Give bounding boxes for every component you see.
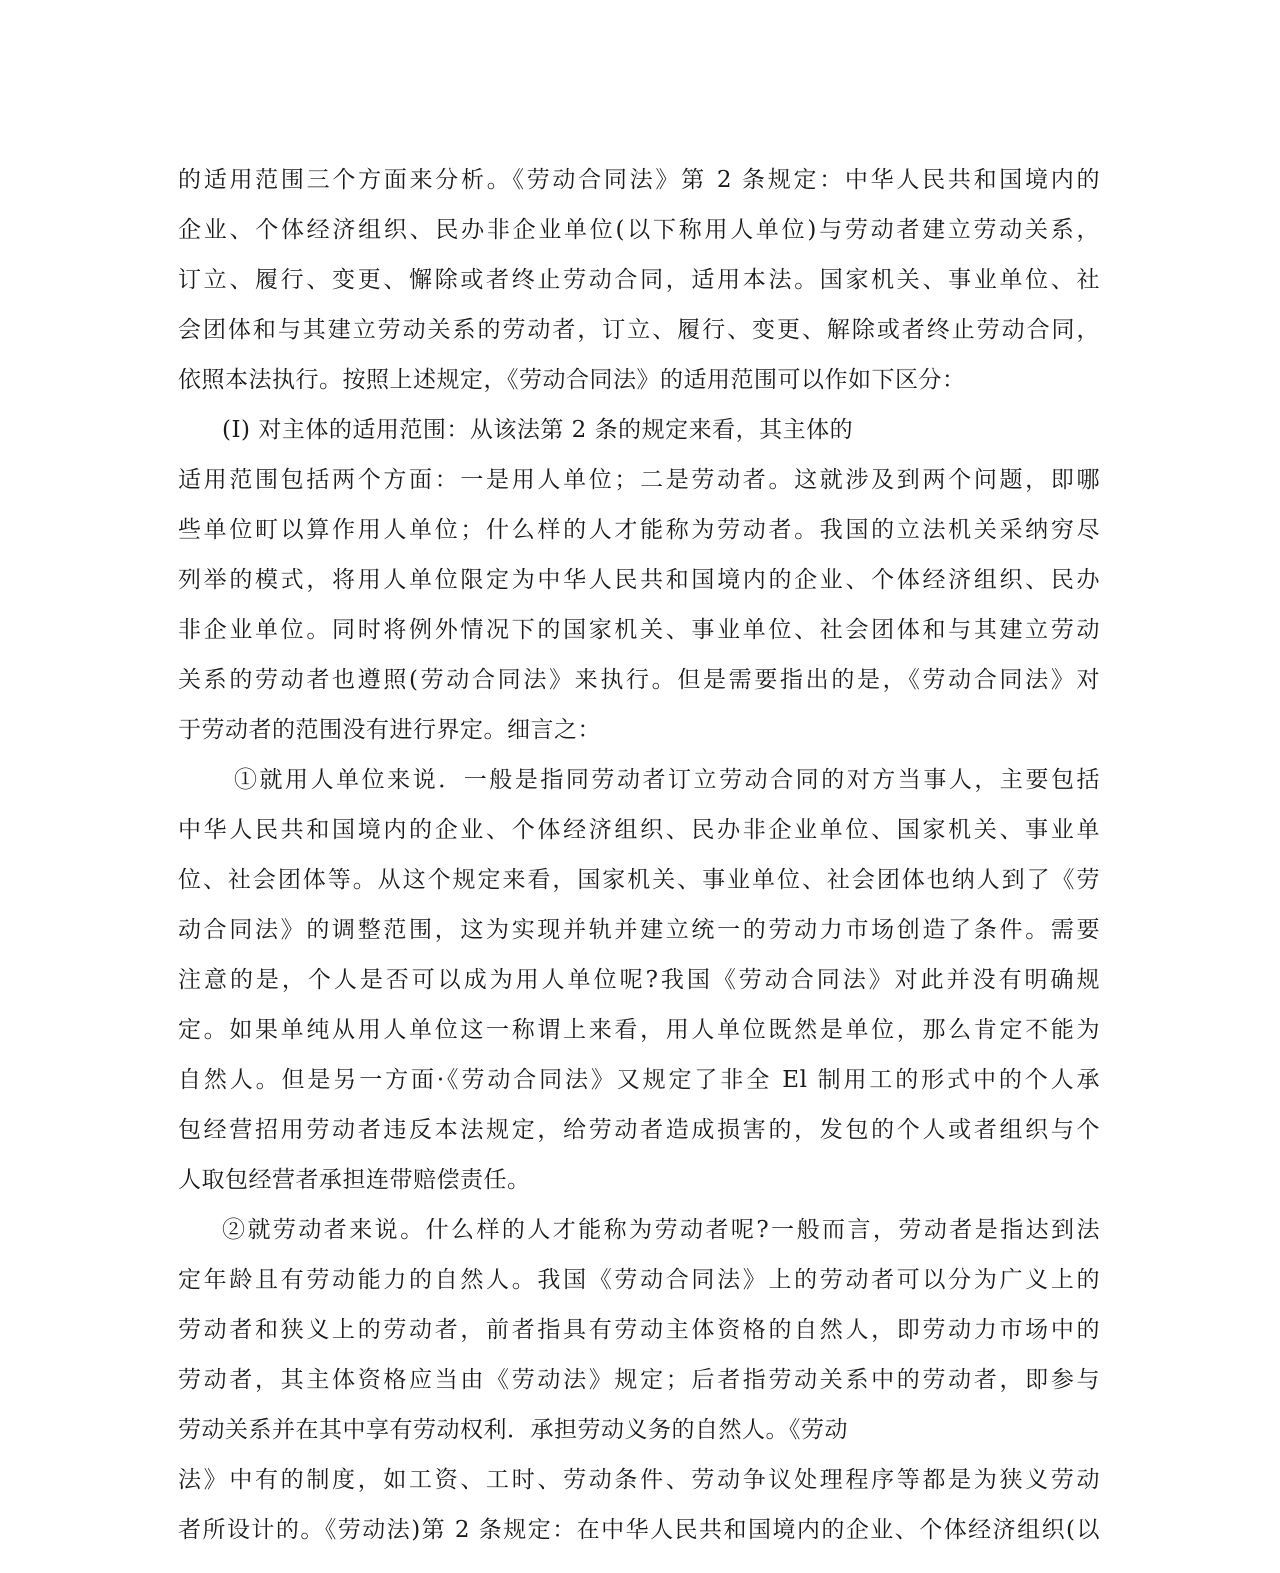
text-line: 关系的劳动者也遵照(劳动合同法》来执行。但是需要指出的是，《劳动合同法》对 <box>178 663 1100 697</box>
list-item-employer: ①就用人单位来说．一般是指同劳动者订立劳动合同的对方当事人，主要包括 <box>234 763 1100 797</box>
text-line: 非企业单位。同时将例外情况下的国家机关、事业单位、社会团体和与其建立劳动 <box>178 613 1100 647</box>
text-line: 法》中有的制度，如工资、工时、劳动条件、劳动争议处理程序等都是为狭义劳动 <box>178 1463 1100 1497</box>
text-line: 注意的是，个人是否可以成为用人单位呢?我国《劳动合同法》对此并没有明确规 <box>178 963 1100 997</box>
list-item-worker: ②就劳动者来说。什么样的人才能称为劳动者呢?一般而言，劳动者是指达到法 <box>222 1213 1100 1247</box>
text-line: 劳动者和狭义上的劳动者，前者指具有劳动主体资格的自然人，即劳动力市场中的 <box>178 1313 1100 1347</box>
text-line: 的适用范围三个方面来分析。《劳动合同法》第 2 条规定：中华人民共和国境内的 <box>178 163 1100 197</box>
text-line: 适用范围包括两个方面：一是用人单位；二是劳动者。这就涉及到两个问题，即哪 <box>178 463 1100 497</box>
text-line: 中华人民共和国境内的企业、个体经济组织、民办非企业单位、国家机关、事业单 <box>178 813 1100 847</box>
text-line: 者所设计的。《劳动法)第 2 条规定：在中华人民共和国境内的企业、个体经济组织(… <box>178 1513 1100 1547</box>
text-line: 包经营招用劳动者违反本法规定，给劳动者造成损害的，发包的个人或者组织与个 <box>178 1113 1100 1147</box>
text-line: 定年龄且有劳动能力的自然人。我国《劳动合同法》上的劳动者可以分为广义上的 <box>178 1263 1100 1297</box>
text-line: 于劳动者的范围没有进行界定。细言之： <box>178 713 1100 747</box>
text-line: 依照本法执行。按照上述规定，《劳动合同法》的适用范围可以作如下区分： <box>178 363 1100 397</box>
text-line: 订立、履行、变更、懈除或者终止劳动合同，适用本法。国家机关、事业单位、社 <box>178 263 1100 297</box>
text-line: 些单位町以算作用人单位；什么样的人才能称为劳动者。我国的立法机关采纳穷尽 <box>178 513 1100 547</box>
document-page: 的适用范围三个方面来分析。《劳动合同法》第 2 条规定：中华人民共和国境内的 企… <box>0 0 1280 1573</box>
text-line: 劳动关系并在其中享有劳动权利．承担劳动义务的自然人。《劳动 <box>178 1413 1100 1447</box>
section-heading-subject-scope: (I) 对主体的适用范围：从该法第 2 条的规定来看，其主体的 <box>222 413 1100 447</box>
text-line: 自然人。但是另一方面·《劳动合同法》又规定了非全 El 制用工的形式中的个人承 <box>178 1063 1100 1097</box>
text-line: 企业、个体经济组织、民办非企业单位(以下称用人单位)与劳动者建立劳动关系， <box>178 213 1100 247</box>
text-line: 人取包经营者承担连带赔偿责任。 <box>178 1163 1100 1197</box>
text-line: 会团体和与其建立劳动关系的劳动者，订立、履行、变更、解除或者终止劳动合同， <box>178 313 1100 347</box>
text-line: 定。如果单纯从用人单位这一称谓上来看，用人单位既然是单位，那么肯定不能为 <box>178 1013 1100 1047</box>
text-line: 位、社会团体等。从这个规定来看，国家机关、事业单位、社会团体也纳人到了《劳 <box>178 863 1100 897</box>
text-line: 劳动者，其主体资格应当由《劳动法》规定；后者指劳动关系中的劳动者，即参与 <box>178 1363 1100 1397</box>
text-line: 动合同法》的调整范围，这为实现并轨并建立统一的劳动力市场创造了条件。需要 <box>178 913 1100 947</box>
text-line: 列举的模式，将用人单位限定为中华人民共和国境内的企业、个体经济组织、民办 <box>178 563 1100 597</box>
